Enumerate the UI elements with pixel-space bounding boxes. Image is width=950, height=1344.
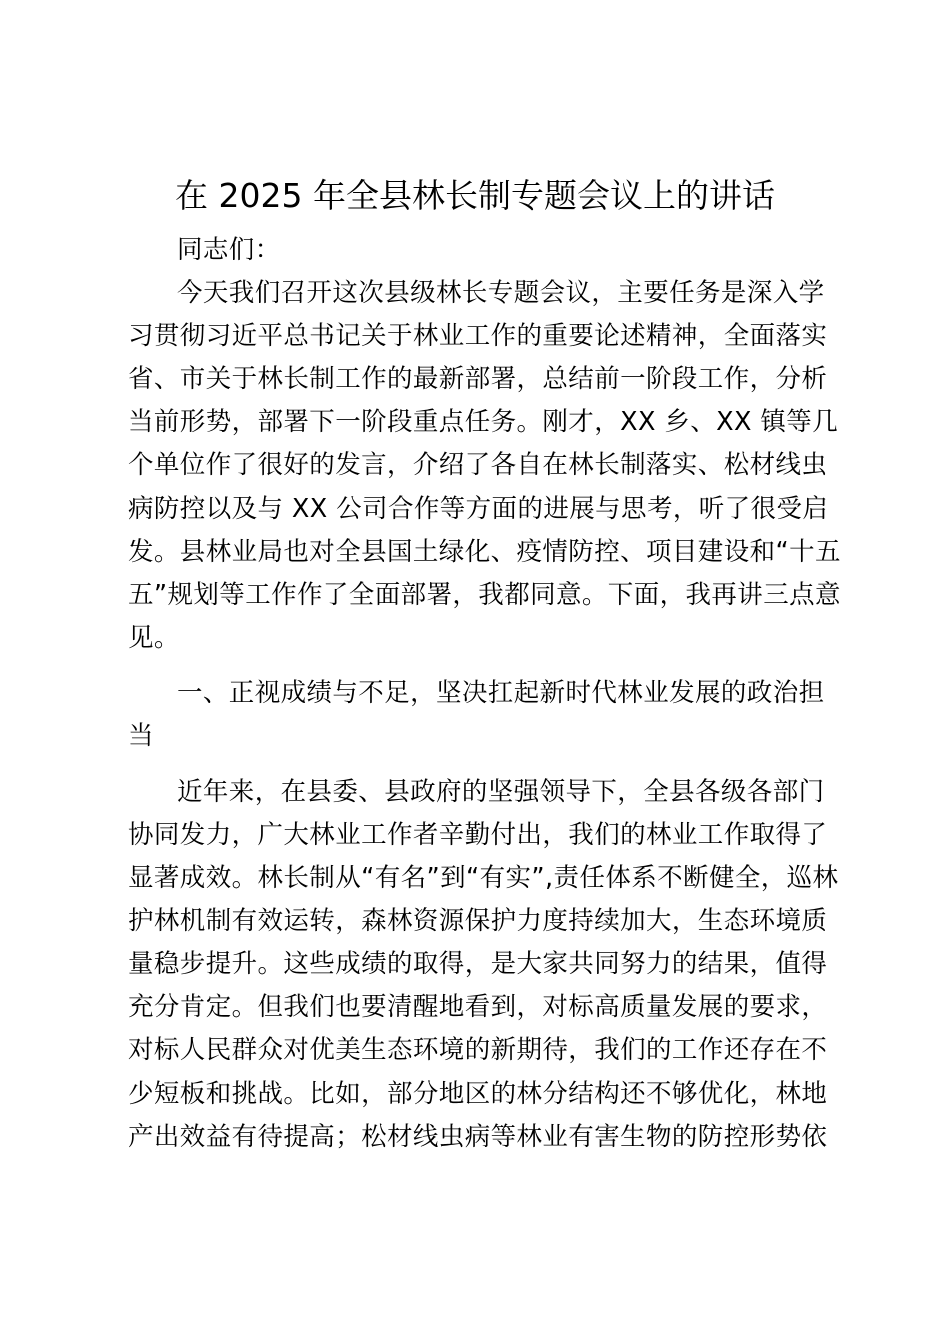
text-line: 当前形势，部署下一阶段重点任务。刚才，XX 乡、XX 镇等几 (128, 405, 838, 439)
text-line: 五”规划等工作作了全面部署，我都同意。下面，我再讲三点意 (128, 578, 841, 612)
text-line: 近年来，在县委、县政府的坚强领导下，全县各级各部门 (177, 775, 825, 809)
text-line: 显著成效。林长制从“有名”到“有实”,责任体系不断健全，巡林 (128, 861, 838, 895)
text-line: 个单位作了很好的发言，介绍了各自在林长制落实、松材线虫 (128, 448, 827, 482)
text-line: 习贯彻习近平总书记关于林业工作的重要论述精神，全面落实 (128, 319, 827, 353)
text-line: 护林机制有效运转，森林资源保护力度持续加大，生态环境质 (128, 904, 827, 938)
salutation: 同志们： (177, 233, 281, 267)
text-line: 病防控以及与 XX 公司合作等方面的进展与思考，听了很受启 (128, 492, 828, 526)
section-heading: 一、正视成绩与不足，坚决扛起新时代林业发展的政治担 (177, 676, 825, 710)
text-line: 对标人民群众对优美生态环境的新期待，我们的工作还存在不 (128, 1033, 827, 1067)
text-line: 省、市关于林长制工作的最新部署，总结前一阶段工作，分析 (128, 362, 827, 396)
text-line: 产出效益有待提高；松材线虫病等林业有害生物的防控形势依 (128, 1120, 827, 1154)
text-line: 见。 (128, 621, 180, 655)
text-line: 少短板和挑战。比如，部分地区的林分结构还不够优化，林地 (128, 1077, 827, 1111)
section-heading-continued: 当 (128, 719, 154, 753)
text-line: 量稳步提升。这些成绩的取得，是大家共同努力的结果，值得 (128, 947, 827, 981)
text-line: 充分肯定。但我们也要清醒地看到，对标高质量发展的要求， (128, 990, 827, 1024)
document-page: 在 2025 年全县林长制专题会议上的讲话 同志们： 今天我们召开这次县级林长专… (0, 0, 950, 1344)
document-title: 在 2025 年全县林长制专题会议上的讲话 (0, 172, 950, 220)
text-line: 今天我们召开这次县级林长专题会议，主要任务是深入学 (177, 276, 825, 310)
text-line: 发。县林业局也对全县国土绿化、疫情防控、项目建设和“十五 (128, 535, 841, 569)
text-line: 协同发力，广大林业工作者辛勤付出，我们的林业工作取得了 (128, 818, 827, 852)
